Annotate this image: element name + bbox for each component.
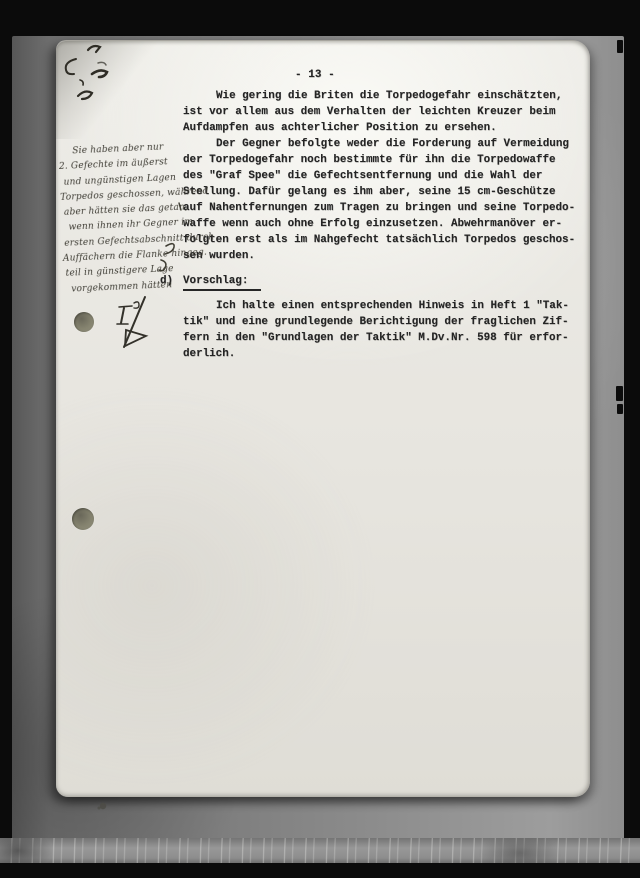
- typed-line: Wie gering die Briten die Torpedogefahr …: [183, 88, 585, 104]
- typed-line: folgten erst als im Nahgefecht tatsächli…: [183, 232, 585, 248]
- proposal-paragraph: Ich halte einen entsprechenden Hinweis i…: [183, 298, 585, 362]
- page-number: - 13 -: [295, 67, 335, 83]
- handwritten-margin-note: Sie haben aber nur2. Gefechte im äußerst…: [58, 138, 217, 297]
- typed-line: der Torpedogefahr noch bestimmte für ihn…: [183, 152, 585, 168]
- typed-line: auf Nahentfernungen zum Tragen zu bringe…: [183, 200, 585, 216]
- typed-text-block: Wie gering die Briten die Torpedogefahr …: [183, 88, 585, 362]
- microfilm-frame: - 13 - Wie gering die Briten die Torpedo…: [0, 0, 640, 878]
- typed-line: sen wurden.: [183, 248, 585, 264]
- punch-hole-top: [74, 312, 94, 332]
- typed-line: Aufdampfen aus achterlicher Position zu …: [183, 120, 585, 136]
- section-d-row: d)Vorschlag:: [183, 273, 585, 290]
- body-paragraphs: Wie gering die Briten die Torpedogefahr …: [183, 88, 585, 264]
- typed-line: Stellung. Dafür gelang es ihm aber, sein…: [183, 184, 585, 200]
- film-bottom-strip: [0, 838, 640, 863]
- typed-line: Der Gegner befolgte weder die Forderung …: [183, 136, 585, 152]
- typed-line: Ich halte einen entsprechenden Hinweis i…: [183, 298, 585, 314]
- punch-hole-bottom: [72, 508, 94, 530]
- typed-line: des "Graf Spee" die Gefechtsentfernung u…: [183, 168, 585, 184]
- typed-line: ist vor allem aus dem Verhalten der leic…: [183, 104, 585, 120]
- typed-line: tik" und eine grundlegende Berichtigung …: [183, 314, 585, 330]
- typed-line: fern in den "Grundlagen der Taktik" M.Dv…: [183, 330, 585, 346]
- typed-line: waffe wenn auch ohne Erfolg einzusetzen.…: [183, 216, 585, 232]
- typed-line: derlich.: [183, 346, 585, 362]
